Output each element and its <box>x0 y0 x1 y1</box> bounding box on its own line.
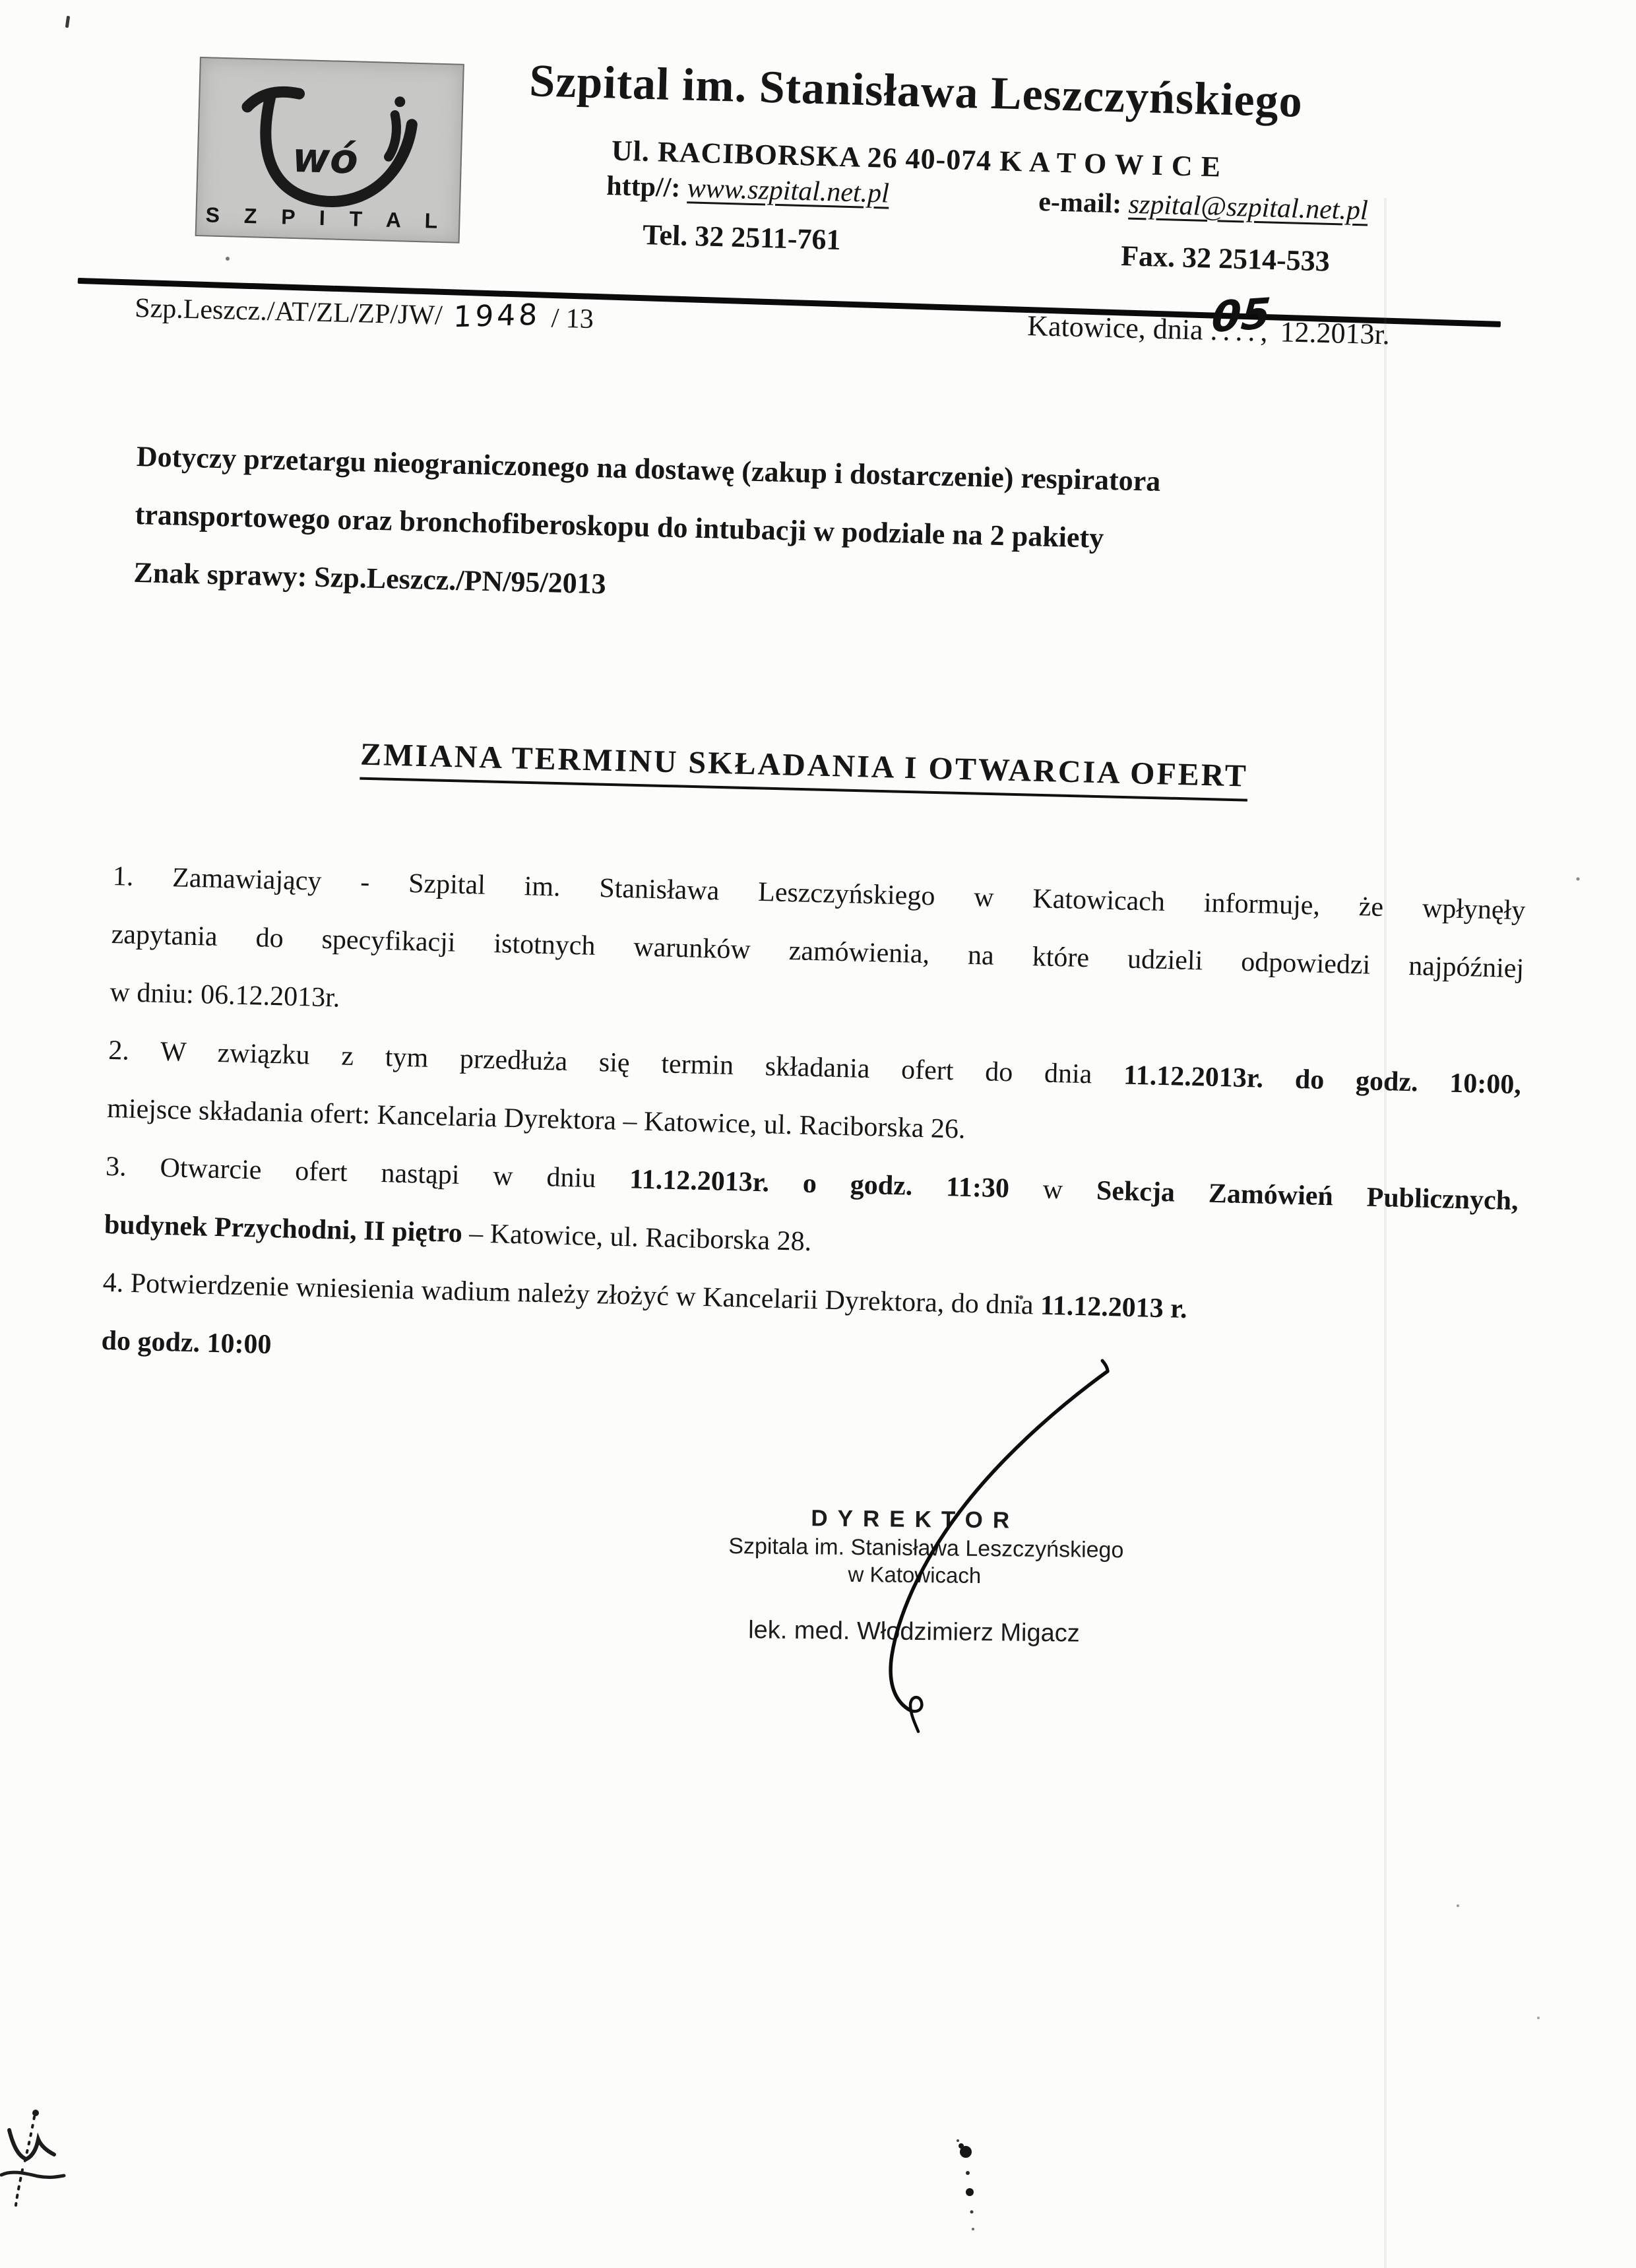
date-label: Katowice, dnia <box>1027 309 1203 346</box>
body-text-segment: w <box>1009 1173 1096 1206</box>
body-text-segment-bold: 11.12.2013 r. <box>1040 1291 1188 1324</box>
handwritten-reference-number: 1948 <box>453 298 541 335</box>
hospital-address: Ul. RACIBORSKA 26 40-074 K A T O W I C E <box>356 127 1478 191</box>
fax-number: Fax. 32 2514-533 <box>1121 239 1331 278</box>
body-text-segment: 3. Otwarcie ofert nastąpi w dniu <box>106 1151 630 1194</box>
website-url: www.szpital.net.pl <box>687 173 889 209</box>
date-rest: 12.2013r. <box>1280 315 1390 350</box>
body-text-segment-bold: 11.12.2013r. do godz. 10:00, <box>1123 1060 1522 1101</box>
body-text-segment: 4. Potwierdzenie wniesienia wadium należ… <box>102 1268 1040 1321</box>
reference-prefix: Szp.Leszcz./AT/ZL/ZP/JW/ <box>135 293 443 331</box>
stamp-organization: Szpitala im. Stanisława Leszczyńskiego <box>728 1534 1101 1563</box>
stamp-role: DYREKTOR <box>729 1505 1102 1535</box>
handwritten-day: 05 <box>1210 290 1273 342</box>
body-text-segment-bold: do godz. 10:00 <box>101 1326 272 1360</box>
bottom-left-scribble <box>1 2110 64 2205</box>
website-label: http//: <box>606 171 681 203</box>
subject-block: Dotyczy przetargu nieograniczonego na do… <box>133 428 1162 627</box>
date-day-field: ...., 05 <box>1210 313 1273 348</box>
ink-blot-marks <box>957 2139 974 2230</box>
body-text-segment-bold: budynek Przychodni, II piętro <box>104 1210 462 1248</box>
website-line: http//: www.szpital.net.pl <box>606 170 890 210</box>
letter-body: 1. Zamawiający - Szpital im. Stanisława … <box>101 847 1526 1404</box>
hospital-name-title: Szpital im. Stanisława Leszczyńskiego <box>355 50 1478 133</box>
director-stamp: DYREKTOR Szpitala im. Stanisława Leszczy… <box>728 1505 1102 1648</box>
email-line: e-mail: szpital@szpital.net.pl <box>1038 186 1369 226</box>
section-title: ZMIANA TERMINU SKŁADANIA I OTWARCIA OFER… <box>360 737 1248 802</box>
scan-artifact-streak <box>1384 198 1387 2268</box>
logo-caption: S Z P I T A L <box>205 203 447 233</box>
stamp-director-name: lek. med. Włodzimierz Migacz <box>728 1616 1100 1648</box>
body-text-segment-bold: Sekcja Zamówień Publicznych, <box>1096 1176 1519 1217</box>
body-text-segment: w dniu: 06.12.2013r. <box>110 977 340 1014</box>
email-label: e-mail: <box>1038 187 1122 219</box>
scanned-document-page: wó S Z P I T A L Szpital im. Stanisława … <box>0 0 1636 2268</box>
telephone-number: Tel. 32 2511-761 <box>643 218 842 257</box>
body-text-segment: miejsce składania ofert: Kancelaria Dyre… <box>107 1093 966 1145</box>
logo-wo-letters: wó <box>292 133 359 183</box>
body-text-segment: – Katowice, ul. Raciborska 28. <box>462 1218 812 1257</box>
place-and-date-line: Katowice, dnia ...., 05 12.2013r. <box>1027 309 1391 351</box>
body-text-segment-bold: 11.12.2013r. o godz. 11:30 <box>629 1164 1010 1204</box>
email-url: szpital@szpital.net.pl <box>1128 189 1368 226</box>
body-text-segment: 2. W związku z tym przedłuża się termin … <box>108 1035 1124 1091</box>
section-title-wrap: ZMIANA TERMINU SKŁADANIA I OTWARCIA OFER… <box>98 730 1511 800</box>
reference-suffix: / 13 <box>551 303 594 335</box>
stamp-city: w Katowicach <box>728 1561 1101 1590</box>
